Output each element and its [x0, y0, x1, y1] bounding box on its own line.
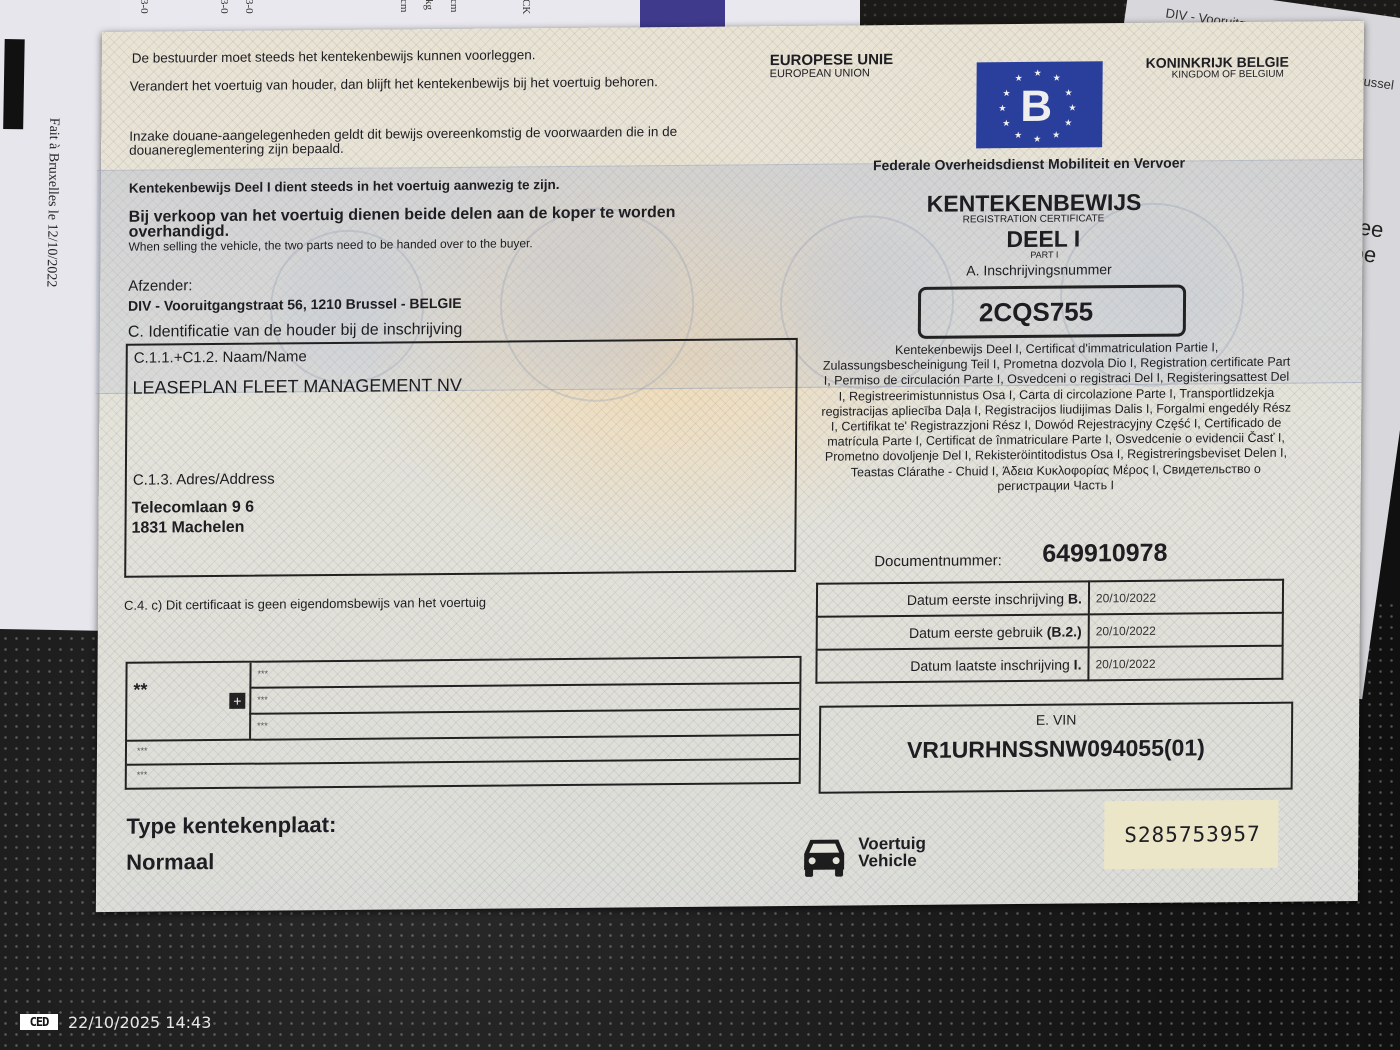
left-paper-text: Fait à Bruxelles le 12/10/2022 — [42, 118, 61, 318]
table-row: Datum eerste inschrijving B. 20/10/2022 — [817, 580, 1283, 617]
timestamp: 22/10/2025 14:43 — [68, 1013, 211, 1032]
grid-line — [249, 708, 799, 715]
fragment: cm — [398, 0, 410, 12]
fragment: 3-0 — [218, 0, 230, 14]
date-value: 20/10/2022 — [1089, 613, 1283, 648]
table-row: Datum eerste gebruik (B.2.) 20/10/2022 — [817, 613, 1283, 650]
plate-type-label: Type kentekenplaat: — [126, 812, 336, 840]
vehicle-label-nl: Voertuig — [858, 835, 926, 853]
camera-stamp: CED 22/10/2025 14:43 — [20, 1012, 211, 1032]
plus-icon: + — [229, 693, 245, 709]
vehicle-label-en: Vehicle — [858, 852, 917, 870]
holder-street: Telecomlaan 9 6 — [132, 499, 255, 518]
camera-logo: CED — [20, 1014, 58, 1030]
star-icon: ★ — [1068, 102, 1076, 113]
eu-flag: ★ ★ ★ ★ ★ ★ ★ ★ ★ ★ ★ ★ B — [976, 61, 1103, 148]
sender-label: Afzender: — [128, 277, 192, 295]
notice-5: Bij verkoop van het voertuig dienen beid… — [129, 205, 689, 240]
grid-line — [127, 734, 799, 742]
reg-number-label: A. Inschrijvingsnummer — [966, 261, 1112, 278]
dates-table: Datum eerste inschrijving B. 20/10/2022 … — [815, 579, 1284, 684]
translations: Kentekenbewijs Deel I, Certificat d'imma… — [821, 340, 1292, 496]
holder-city: 1831 Machelen — [131, 519, 244, 538]
serial-number: S285753957 — [1124, 822, 1261, 847]
grid-placeholder: *** — [257, 695, 268, 705]
holder-box: C.1.1.+C1.2. Naam/Name LEASEPLAN FLEET M… — [124, 338, 798, 578]
registration-certificate: De bestuurder moet steeds het kentekenbe… — [96, 21, 1364, 912]
star-icon: ★ — [998, 103, 1006, 114]
grid-placeholder: *** — [137, 746, 148, 756]
eu-label-en: EUROPEAN UNION — [770, 67, 870, 80]
grid-placeholder: *** — [137, 770, 148, 780]
ownership-note: C.4. c) Dit certificaat is geen eigendom… — [124, 595, 486, 613]
remarks-grid: ** + *** *** *** *** *** — [125, 656, 802, 790]
notice-1: De bestuurder moet steeds het kentekenbe… — [132, 48, 536, 66]
fragment: kg — [423, 0, 435, 10]
document-number-label: Documentnummer: — [874, 552, 1002, 570]
document-number: 649910978 — [1042, 539, 1167, 569]
holder-section-label: C. Identificatie van de houder bij de in… — [128, 321, 463, 342]
country-code: B — [1020, 82, 1052, 132]
date-label: Datum eerste inschrijving B. — [817, 581, 1089, 616]
notice-2: Verandert het voertuig van houder, dan b… — [130, 75, 690, 94]
reg-number: 2CQS755 — [979, 296, 1093, 328]
vin-value: VR1URHNSSNW094055(01) — [821, 734, 1291, 765]
fragment: 3-0 — [243, 0, 255, 14]
star-icon: ★ — [1053, 73, 1061, 84]
vin-box: E. VIN VR1URHNSSNW094055(01) — [819, 702, 1294, 794]
eu-label-nl: EUROPESE UNIE — [770, 51, 893, 69]
star-icon: ★ — [1064, 118, 1072, 129]
holder-name-label: C.1.1.+C1.2. Naam/Name — [134, 348, 307, 367]
fragment: 3-0 — [138, 0, 150, 14]
star-icon: ★ — [1033, 134, 1041, 145]
fragment: CK — [520, 0, 532, 14]
fragment: cm — [448, 0, 460, 12]
black-block — [3, 39, 25, 129]
serial-sticker: S285753957 — [1104, 800, 1278, 870]
date-label: Datum laatste inschrijving I. — [816, 647, 1088, 682]
star-icon: ★ — [1064, 88, 1072, 99]
reg-number-box: 2CQS755 — [918, 285, 1186, 339]
title-part-en: PART I — [1030, 250, 1058, 260]
grid-marker: ** — [133, 680, 147, 701]
grid-line — [127, 758, 799, 766]
car-icon — [800, 836, 848, 878]
date-value: 20/10/2022 — [1089, 580, 1283, 615]
star-icon: ★ — [1034, 68, 1042, 79]
holder-address-label: C.1.3. Adres/Address — [133, 471, 275, 489]
star-icon: ★ — [1002, 118, 1010, 129]
star-icon: ★ — [1002, 88, 1010, 99]
date-value: 20/10/2022 — [1088, 646, 1282, 681]
grid-placeholder: *** — [257, 669, 268, 679]
sender-address: DIV - Vooruitgangstraat 56, 1210 Brussel… — [128, 295, 462, 314]
notice-3: Inzake douane-aangelegenheden geldt dit … — [129, 125, 729, 158]
grid-divider — [249, 663, 252, 739]
plate-type-value: Normaal — [126, 849, 214, 876]
grid-placeholder: *** — [257, 721, 268, 731]
vin-label: E. VIN — [821, 710, 1291, 730]
date-label: Datum eerste gebruik (B.2.) — [817, 614, 1089, 649]
table-row: Datum laatste inschrijving I. 20/10/2022 — [816, 646, 1282, 683]
holder-name: LEASEPLAN FLEET MANAGEMENT NV — [132, 375, 462, 399]
authority: Federale Overheidsdienst Mobiliteit en V… — [873, 155, 1185, 174]
star-icon: ★ — [1052, 130, 1060, 141]
title-sub: REGISTRATION CERTIFICATE — [963, 213, 1105, 225]
grid-line — [249, 682, 799, 689]
kingdom-en: KINGDOM OF BELGIUM — [1172, 69, 1284, 81]
